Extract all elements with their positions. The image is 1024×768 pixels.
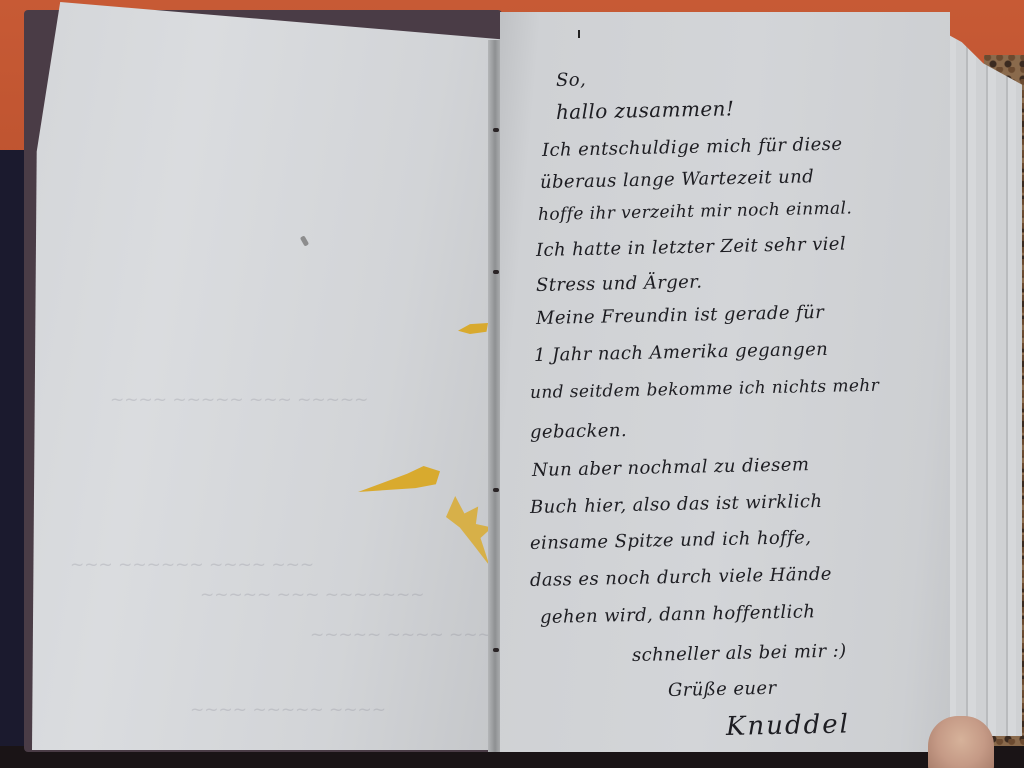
binding-stitch [493,488,499,492]
binding-stitch [493,648,499,652]
handwritten-line: So, [556,69,587,91]
show-through-text: ~~~~ ~~~~~ ~~~ ~~~~~ [110,390,368,410]
binding-stitch [493,128,499,132]
handwritten-line: schneller als bei mir :) [632,641,847,666]
open-notebook: ~~~~ ~~~~~ ~~~ ~~~~~ ~~~ ~~~~~~ ~~~~ ~~~… [0,0,1024,768]
handwritten-signature: Knuddel [726,709,851,742]
handwritten-line: hallo zusammen! [556,96,735,124]
handwritten-closing: Grüße euer [668,678,777,701]
show-through-text: ~~~ ~~~~~~ ~~~~ ~~~ [70,555,314,575]
show-through-text: ~~~~~ ~~~ ~~~~~~~ [200,585,424,605]
handwritten-line: gebacken. [530,420,627,443]
binding-stitch [493,270,499,274]
handwritten-line: Stress und Ärger. [536,272,703,296]
show-through-text: ~~~~ ~~~~~ ~~~~ [190,700,386,720]
ink-mark [578,30,580,38]
fingertip [928,716,994,768]
